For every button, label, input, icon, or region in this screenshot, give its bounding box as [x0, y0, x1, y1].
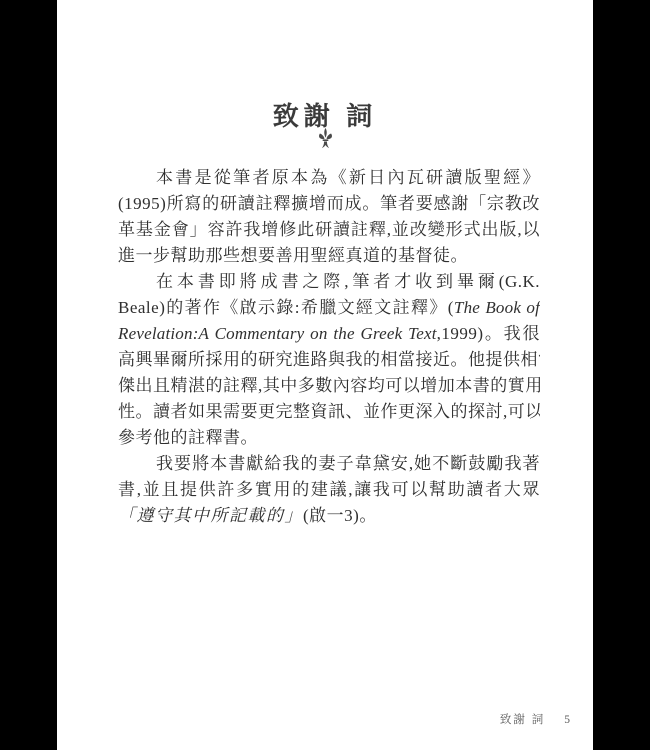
text-segment: Revelation:A Commentary on the Greek Tex…: [118, 324, 437, 343]
fleur-de-lis-icon: [318, 136, 333, 153]
paragraph: 我要將本書獻給我的妻子韋黛安,她不斷鼓勵我著書,並且提供許多實用的建議,讓我可以…: [118, 451, 540, 529]
text-line: 革基金會」容許我增修此研讀註釋,並改變形式出版,以: [118, 217, 540, 243]
text-line: 在本書即將成書之際,筆者才收到畢爾(G.K.: [118, 269, 540, 295]
text-segment: 傑出且精湛的註釋,其中多數內容均可以增加本書的實用: [118, 376, 540, 395]
text-line: 傑出且精湛的註釋,其中多數內容均可以增加本書的實用: [118, 373, 540, 399]
body-text: 本書是從筆者原本為《新日內瓦研讀版聖經》(1995)所寫的研讀註釋擴增而成。筆者…: [118, 165, 540, 529]
text-segment: 「遵守其中所記載的」: [118, 506, 303, 525]
text-line: 參考他的註釋書。: [118, 425, 540, 451]
text-segment: 革基金會」容許我增修此研讀註釋,並改變形式出版,以: [118, 220, 540, 239]
text-line: 我要將本書獻給我的妻子韋黛安,她不斷鼓勵我著: [118, 451, 540, 477]
text-segment: The Book of: [454, 298, 540, 317]
text-segment: 在本書即將成書之際,筆者才收到畢爾(G.K.: [156, 272, 540, 291]
paragraph: 在本書即將成書之際,筆者才收到畢爾(G.K.Beale)的著作《啟示錄:希臘文經…: [118, 269, 540, 451]
text-segment: (1995)所寫的研讀註釋擴增而成。筆者要感謝「宗教改: [118, 194, 540, 213]
text-line: 本書是從筆者原本為《新日內瓦研讀版聖經》: [118, 165, 540, 191]
footer-page-number: 5: [564, 714, 570, 726]
text-segment: 本書是從筆者原本為《新日內瓦研讀版聖經》: [156, 168, 540, 187]
book-page: 致謝 詞 本書是從筆者原本為《新日內瓦研讀版聖經》(1995)所寫的研讀註釋擴增…: [57, 0, 593, 750]
right-black-border: [593, 0, 650, 750]
text-line: Revelation:A Commentary on the Greek Tex…: [118, 321, 540, 347]
text-segment: 高興畢爾所採用的研究進路與我的相當接近。他提供相當: [118, 350, 540, 369]
ornament-wrap: [57, 128, 593, 149]
page-footer: 致謝 詞 5: [500, 711, 570, 727]
text-line: 性。讀者如果需要更完整資訊、並作更深入的探討,可以: [118, 399, 540, 425]
left-black-border: [0, 0, 57, 750]
paragraph: 本書是從筆者原本為《新日內瓦研讀版聖經》(1995)所寫的研讀註釋擴增而成。筆者…: [118, 165, 540, 269]
text-segment: ,1999)。我很: [437, 324, 540, 343]
text-line: 高興畢爾所採用的研究進路與我的相當接近。他提供相當: [118, 347, 540, 373]
text-line: 進一步幫助那些想要善用聖經真道的基督徒。: [118, 243, 540, 269]
footer-chapter-label: 致謝 詞: [500, 711, 545, 727]
text-line: 書,並且提供許多實用的建議,讓我可以幫助讀者大眾: [118, 477, 540, 503]
text-segment: 參考他的註釋書。: [118, 428, 258, 447]
text-segment: 性。讀者如果需要更完整資訊、並作更深入的探討,可以: [118, 402, 540, 421]
text-line: Beale)的著作《啟示錄:希臘文經文註釋》(The Book of: [118, 295, 540, 321]
text-segment: (啟一3)。: [303, 506, 377, 525]
text-segment: 我要將本書獻給我的妻子韋黛安,她不斷鼓勵我著: [156, 454, 540, 473]
text-segment: Beale)的著作《啟示錄:希臘文經文註釋》(: [118, 298, 454, 317]
text-segment: 進一步幫助那些想要善用聖經真道的基督徒。: [118, 246, 468, 265]
text-segment: 書,並且提供許多實用的建議,讓我可以幫助讀者大眾: [118, 480, 540, 499]
text-line: (1995)所寫的研讀註釋擴增而成。筆者要感謝「宗教改: [118, 191, 540, 217]
text-line: 「遵守其中所記載的」(啟一3)。: [118, 503, 540, 529]
